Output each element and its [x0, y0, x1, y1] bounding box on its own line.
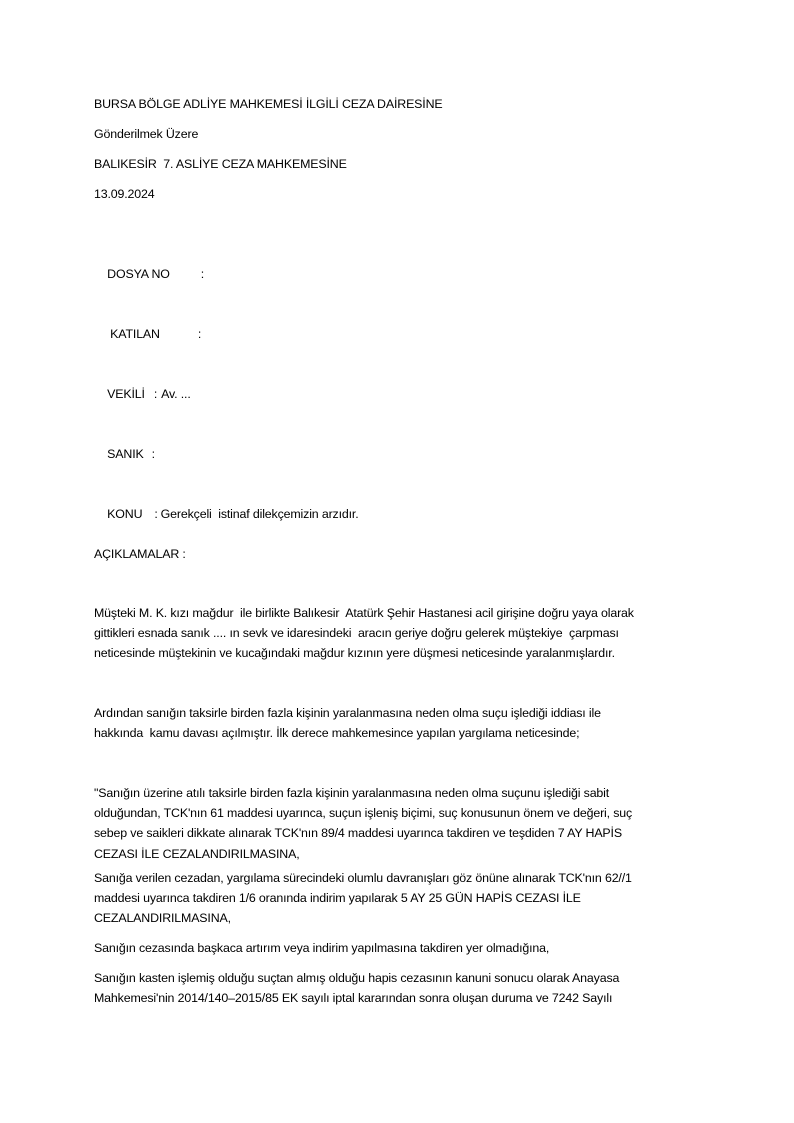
field-colon: : [154, 504, 157, 524]
paragraph-verdict-quote: "Sanığın üzerine atılı taksirle birden f… [94, 783, 704, 864]
court-main-heading: BURSA BÖLGE ADLİYE MAHKEMESİ İLGİLİ CEZA… [94, 94, 443, 114]
paragraph-line: sebep ve saikleri dikkate alınarak TCK'n… [94, 823, 704, 843]
field-vekili: VEKİLİ:Av. ... [94, 364, 191, 384]
paragraph-line: neticesinde müştekinin ve kucağındaki ma… [94, 643, 704, 663]
paragraph-line: olduğundan, TCK'nın 61 maddesi uyarınca,… [94, 803, 704, 823]
field-katilan: KATILAN: [97, 304, 201, 324]
paragraph-line: "Sanığın üzerine atılı taksirle birden f… [94, 783, 704, 803]
field-label: VEKİLİ [107, 384, 145, 404]
paragraph-line: Sanığa verilen cezadan, yargılama süreci… [94, 868, 704, 888]
paragraph-line: gittikleri esnada sanık .... ın sevk ve … [94, 623, 704, 643]
field-dosya-no: DOSYA NO: [94, 244, 204, 264]
section-heading-aciklamalar: AÇIKLAMALAR : [94, 544, 186, 564]
paragraph-line: Ardından sanığın taksirle birden fazla k… [94, 703, 704, 723]
paragraph-reduction: Sanığa verilen cezadan, yargılama süreci… [94, 868, 704, 929]
paragraph-line: Sanığın kasten işlemiş olduğu suçtan alm… [94, 968, 704, 988]
paragraph-line: CEZASI İLE CEZALANDIRILMASINA, [94, 844, 704, 864]
field-colon: : [201, 264, 204, 284]
paragraph-legal-consequence: Sanığın kasten işlemiş olduğu suçtan alm… [94, 968, 704, 1008]
document-date: 13.09.2024 [94, 184, 155, 204]
paragraph-line: hakkında kamu davası açılmıştır. İlk der… [94, 723, 704, 743]
paragraph-line: Mahkemesi'nin 2014/140–2015/85 EK sayılı… [94, 988, 704, 1008]
document-page: BURSA BÖLGE ADLİYE MAHKEMESİ İLGİLİ CEZA… [0, 0, 794, 1123]
field-colon: : [152, 444, 155, 464]
field-value: Gerekçeli istinaf dilekçemizin arzıdır. [161, 507, 359, 521]
field-value: Av. ... [161, 387, 190, 401]
field-label: KONU [107, 504, 142, 524]
field-konu: KONU:Gerekçeli istinaf dilekçemizin arzı… [94, 484, 359, 504]
paragraph-line: maddesi uyarınca takdiren 1/6 oranında i… [94, 888, 704, 908]
paragraph-line: Sanığın cezasında başkaca artırım veya i… [94, 938, 704, 958]
field-colon: : [198, 324, 201, 344]
field-label: KATILAN [110, 324, 160, 344]
court-local-heading: BALIKESİR 7. ASLİYE CEZA MAHKEMESİNE [94, 154, 347, 174]
field-colon: : [154, 384, 157, 404]
paragraph-line: CEZALANDIRILMASINA, [94, 908, 704, 928]
paragraph-no-adjustment: Sanığın cezasında başkaca artırım veya i… [94, 938, 704, 958]
field-label: SANIK [107, 444, 143, 464]
paragraph-prosecution: Ardından sanığın taksirle birden fazla k… [94, 703, 704, 743]
forwarding-note: Gönderilmek Üzere [94, 124, 198, 144]
paragraph-incident: Müşteki M. K. kızı mağdur ile birlikte B… [94, 603, 704, 664]
field-label: DOSYA NO [107, 264, 170, 284]
field-sanik: SANIK: [94, 424, 155, 444]
paragraph-line: Müşteki M. K. kızı mağdur ile birlikte B… [94, 603, 704, 623]
